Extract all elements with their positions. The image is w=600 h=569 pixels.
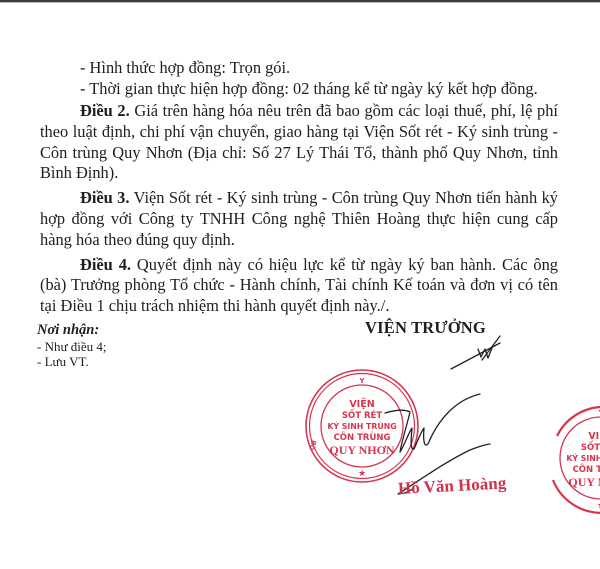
article-label: Điều 4. <box>80 255 131 274</box>
recipient-item: - Lưu VT. <box>37 354 107 369</box>
recipient-item: - Như điều 4; <box>37 339 107 354</box>
paragraph-text: - Hình thức hợp đồng: Trọn gói. <box>80 58 290 77</box>
paragraph-contract-form: - Hình thức hợp đồng: Trọn gói. <box>40 58 558 79</box>
official-stamp: Y VIỆN SỐT RÉT KÝ SINH TRÙNG CÔN TRÙNG Q… <box>304 368 420 484</box>
paragraph-article-2: Điều 2. Giá trên hàng hóa nêu trên đã ba… <box>40 101 558 184</box>
signer-name: Hồ Văn Hoàng <box>397 473 506 499</box>
signature-title: VIỆN TRƯỞNG <box>365 318 486 338</box>
svg-text:QUY NHƠN: QUY NHƠN <box>568 475 600 489</box>
svg-text:VIỆN: VIỆN <box>588 431 600 442</box>
recipients-title: Nơi nhận: <box>37 322 107 339</box>
svg-text:KÝ SINH TRÙNG: KÝ SINH TRÙNG <box>327 422 396 431</box>
svg-text:CÔN TRÙNG: CÔN TRÙNG <box>334 431 391 443</box>
article-label: Điều 2. <box>80 101 130 120</box>
svg-text:KÝ SINH TRÙNG: KÝ SINH TRÙNG <box>566 454 600 463</box>
scan-top-border-shadow <box>0 2 600 3</box>
document-body: - Hình thức hợp đồng: Trọn gói. - Thời g… <box>40 58 558 317</box>
paragraph-contract-duration: - Thời gian thực hiện hợp đồng: 02 tháng… <box>40 79 558 100</box>
paragraph-article-3: Điều 3. Viện Sốt rét - Ký sinh trùng - C… <box>40 188 558 250</box>
svg-text:VIỆN: VIỆN <box>349 399 374 410</box>
paragraph-article-4: Điều 4. Quyết định này có hiệu lực kể từ… <box>40 255 558 317</box>
stamp-seal-icon: Y VIỆN SỐT RÉT KÝ SINH TRÙNG CÔN TRÙNG Q… <box>304 368 420 484</box>
svg-text:QUY NHƠN: QUY NHƠN <box>329 443 395 457</box>
article-label: Điều 3. <box>80 188 129 207</box>
stamp-seal-icon: Y VIỆN SỐT RÉT KÝ SINH TRÙNG CÔN TRÙNG Q… <box>543 400 600 516</box>
svg-text:CÔN TRÙNG: CÔN TRÙNG <box>573 463 600 475</box>
svg-text:★: ★ <box>358 469 366 479</box>
paragraph-text: - Thời gian thực hiện hợp đồng: 02 tháng… <box>80 79 538 98</box>
recipients-block: Nơi nhận: - Như điều 4; - Lưu VT. <box>37 322 107 369</box>
svg-text:QB: QB <box>308 439 319 452</box>
svg-text:Y: Y <box>358 377 365 385</box>
official-stamp-partial: Y VIỆN SỐT RÉT KÝ SINH TRÙNG CÔN TRÙNG Q… <box>543 400 600 516</box>
